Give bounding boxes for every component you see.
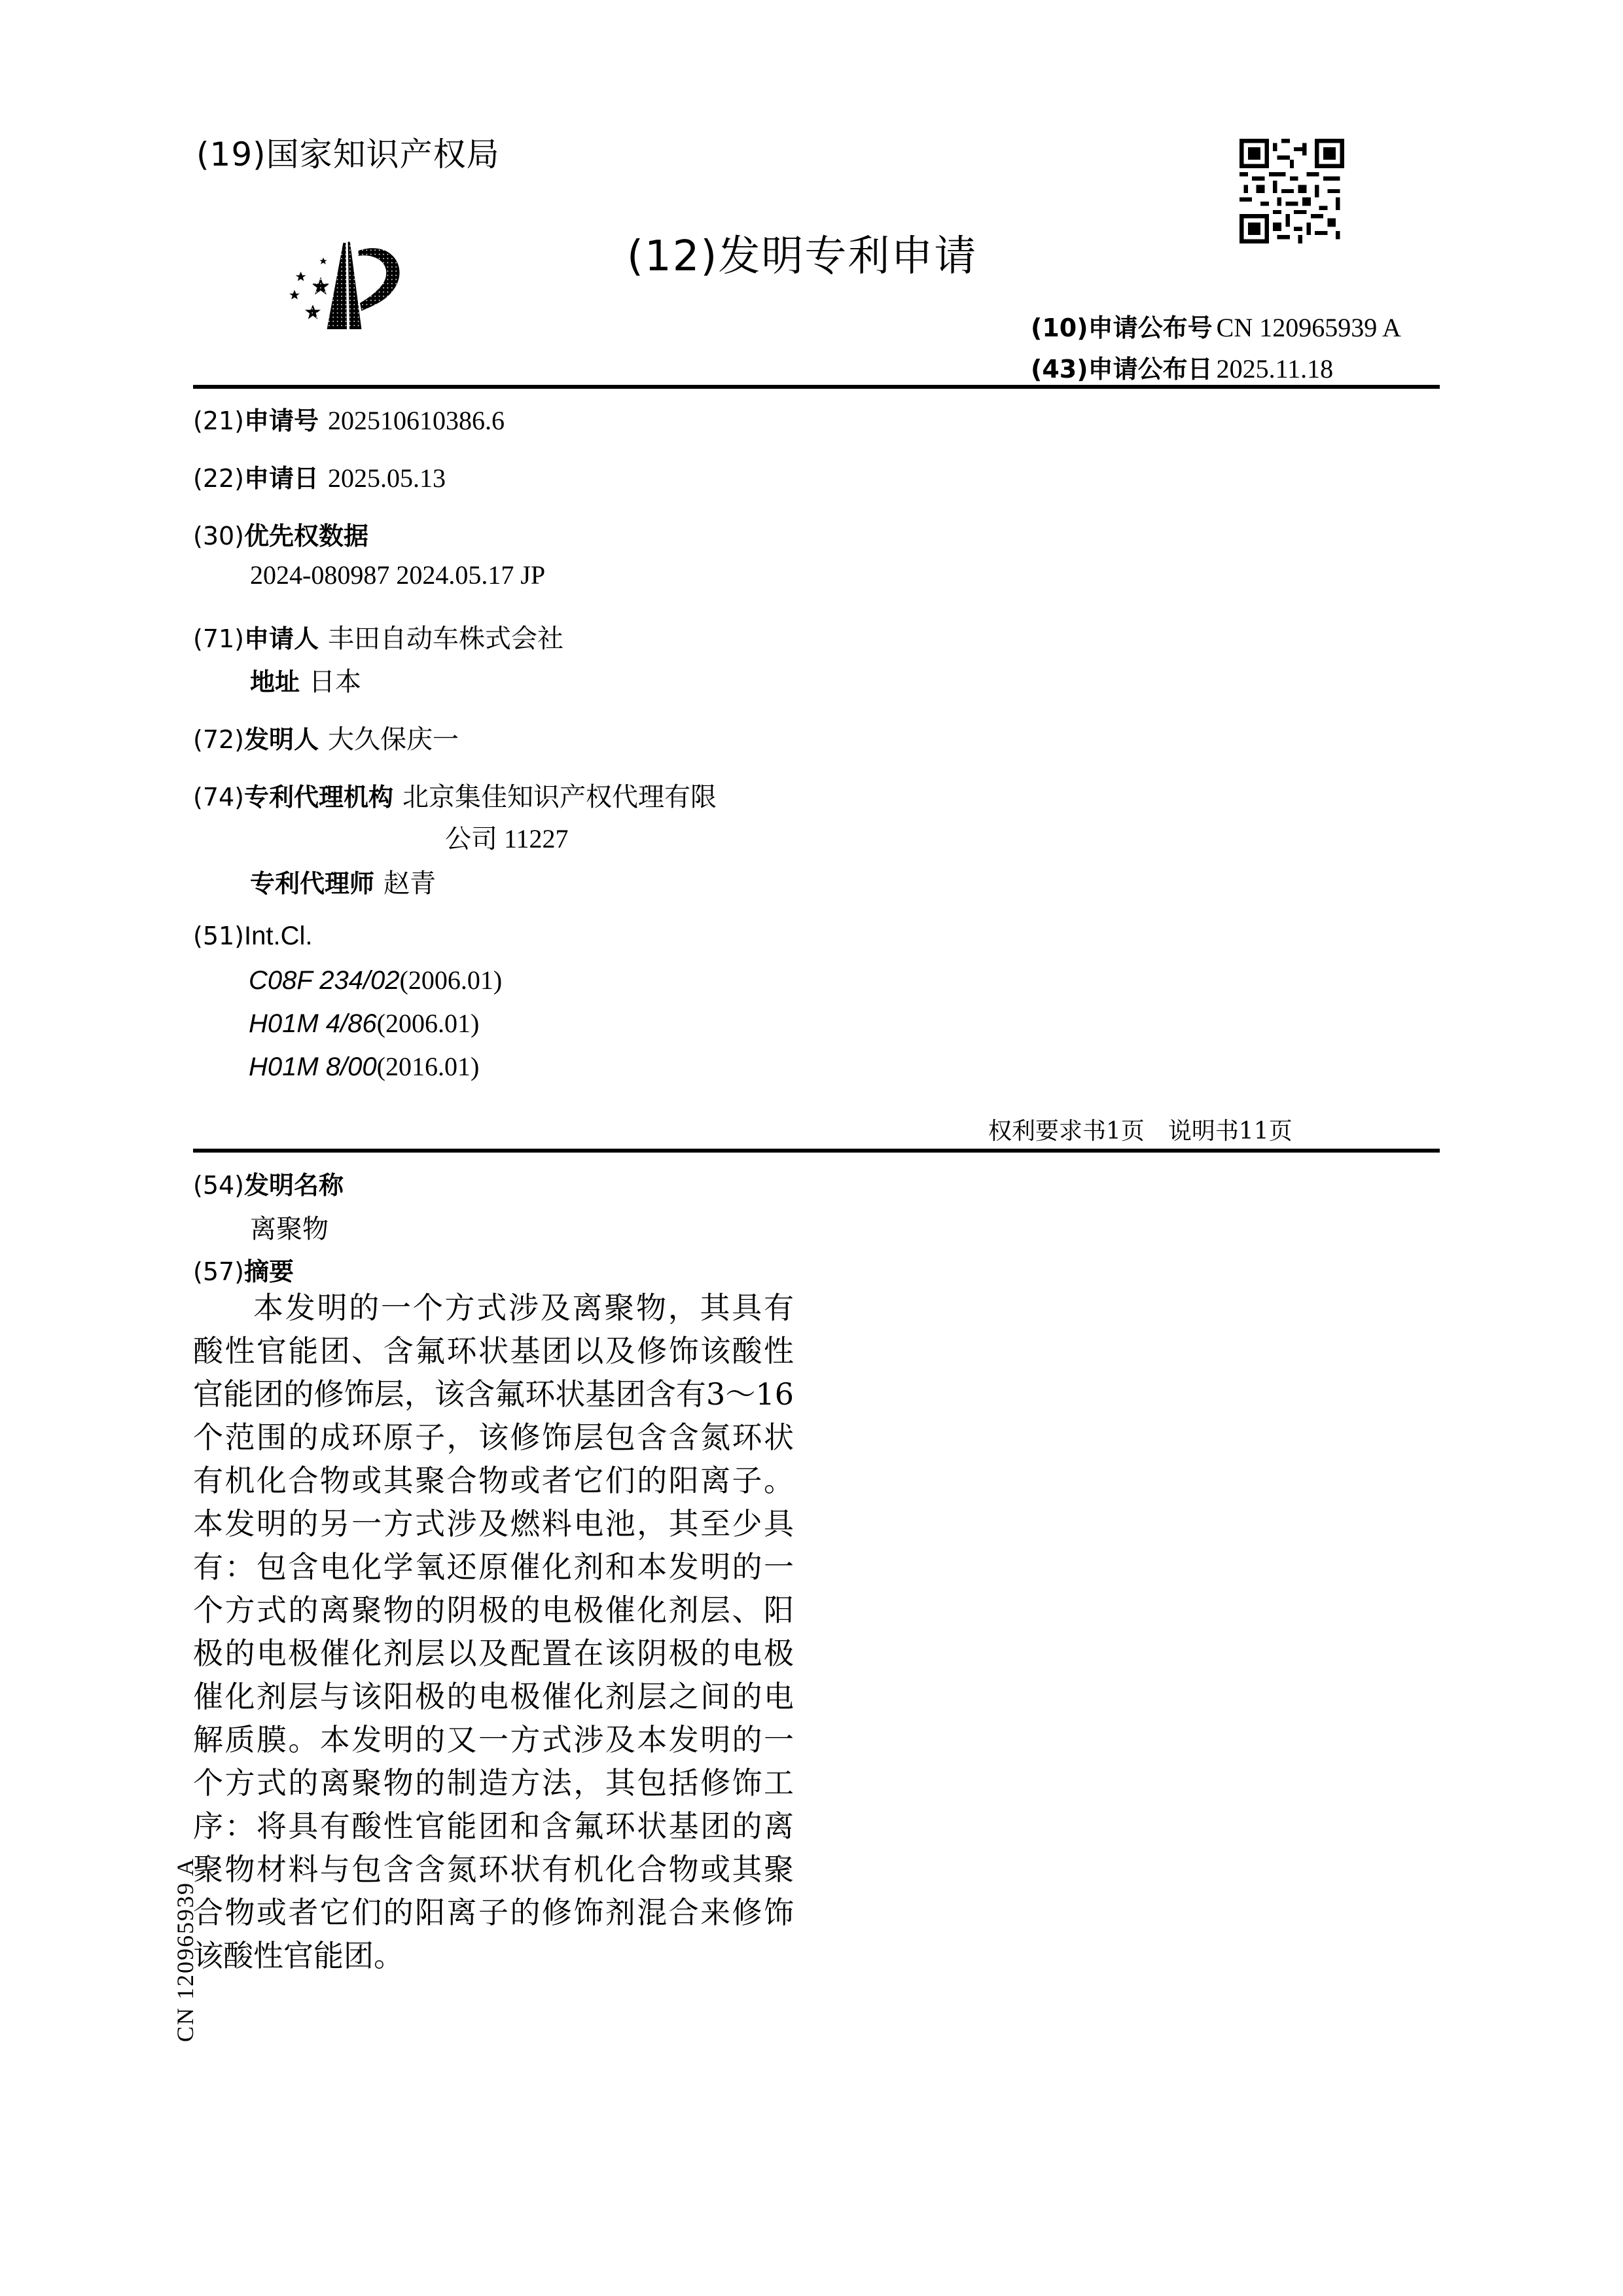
- issuing-office: (19)国家知识产权局: [196, 128, 500, 175]
- inventor: (72)发明人大久保庆一: [193, 719, 459, 756]
- office-code: (19): [196, 135, 266, 173]
- document-type: (12)发明专利申请: [627, 223, 977, 283]
- applicant-address: 地址日本: [250, 661, 361, 698]
- page-counts: 权利要求书1页说明书11页: [988, 1113, 1293, 1146]
- ipc-class-3: H01M 8/00(2016.01): [249, 1051, 479, 1082]
- publication-date: (43)申请公布日2025.11.18: [1031, 349, 1333, 385]
- ipc-class-1: C08F 234/02(2006.01): [249, 965, 502, 996]
- office-name: 国家知识产权局: [266, 135, 500, 173]
- description-pages: 说明书11页: [1168, 1118, 1293, 1145]
- publication-number-label: 申请公布号: [1088, 314, 1213, 342]
- patent-agent: 专利代理师赵青: [250, 863, 436, 900]
- side-margin-publication-number: CN 120965939 A: [171, 1857, 199, 2042]
- doc-type-code: (12): [627, 232, 718, 281]
- publication-date-value: 2025.11.18: [1217, 354, 1334, 384]
- patent-agency: (74)专利代理机构北京集佳知识产权代理有限: [193, 776, 717, 814]
- qr-code-icon[interactable]: [1239, 139, 1345, 243]
- priority-value: 2024-080987 2024.05.17 JP: [250, 560, 545, 590]
- publication-number-value: CN 120965939 A: [1217, 313, 1401, 342]
- doc-type-label: 发明专利申请: [718, 232, 977, 281]
- priority-data: (30)优先权数据: [193, 516, 368, 552]
- section-divider: [193, 1149, 1440, 1153]
- cnipa-logo-icon: [268, 223, 425, 347]
- application-number: (21)申请号202510610386.6: [193, 401, 505, 437]
- abstract-heading: (57)摘要: [193, 1251, 294, 1287]
- claims-pages: 权利要求书1页: [988, 1118, 1145, 1145]
- publication-number: (10)申请公布号CN 120965939 A: [1031, 308, 1401, 344]
- abstract-text: 本发明的一个方式涉及离聚物，其具有酸性官能团、含氟环状基团以及修饰该酸性官能团的…: [193, 1286, 794, 1977]
- invention-title-heading: (54)发明名称: [193, 1165, 344, 1201]
- ipc-class-2: H01M 4/86(2006.01): [249, 1008, 479, 1039]
- int-cl-heading: (51)Int.Cl.: [193, 922, 313, 951]
- header-divider: [193, 385, 1440, 389]
- invention-title: 离聚物: [250, 1208, 329, 1246]
- publication-date-label: 申请公布日: [1088, 355, 1213, 384]
- applicant: (71)申请人丰田自动车株式会社: [193, 618, 563, 655]
- patent-agency-line2: 公司 11227: [445, 818, 569, 855]
- filing-date: (22)申请日2025.05.13: [193, 458, 446, 494]
